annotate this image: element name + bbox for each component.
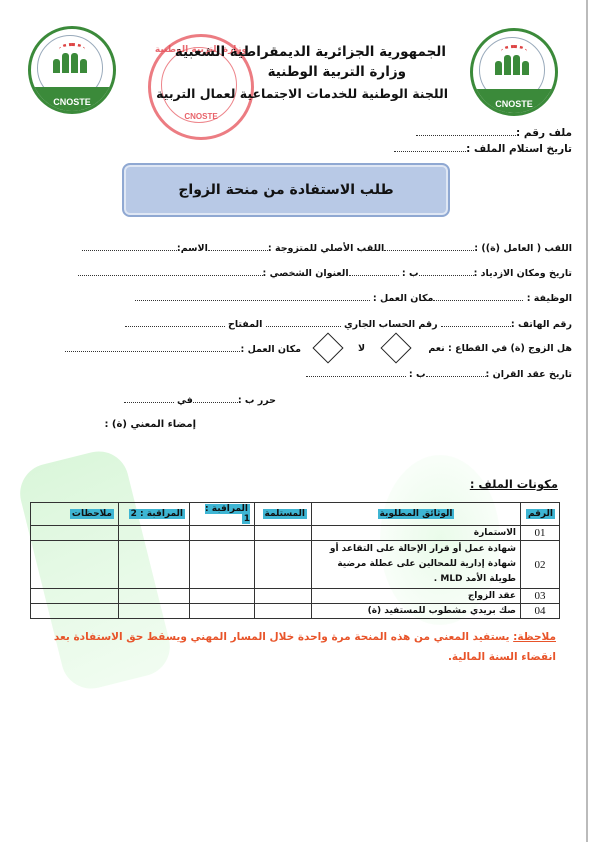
no-checkbox[interactable] <box>312 332 343 363</box>
col-notes: ملاحظات <box>31 503 119 526</box>
spouse-workplace-input[interactable] <box>65 343 240 352</box>
note-label: ملاحظة: <box>513 631 556 643</box>
yes-checkbox[interactable] <box>380 332 411 363</box>
note-text: يستفيد المعني من هذه المنحة مرة واحدة خل… <box>54 631 556 663</box>
check2-cell[interactable] <box>119 541 190 589</box>
header-republic: الجمهورية الجزائرية الديمقراطية الشعبية <box>175 44 446 60</box>
note-paragraph: ملاحظة: يستفيد المعني من هذه المنحة مرة … <box>36 627 556 667</box>
row-spouse-sector: هل الزوج (ة) في القطاع : نعم <box>428 343 572 354</box>
table-row: 03 عقد الزواج <box>31 589 560 604</box>
phone-input[interactable] <box>441 318 511 327</box>
birth-place-input[interactable] <box>349 267 399 276</box>
col-received: المستلمة <box>255 503 312 526</box>
row-phone: رقم الهاتف : رقم الحساب الجاري المفتاح <box>125 318 572 330</box>
check1-cell[interactable] <box>190 541 255 589</box>
col-documents: الوثائق المطلوبة <box>312 503 521 526</box>
maiden-name-input[interactable] <box>208 242 268 251</box>
check1-cell[interactable] <box>190 589 255 604</box>
written-date-input[interactable] <box>124 394 174 403</box>
notes-cell[interactable] <box>31 589 119 604</box>
marriage-place-input[interactable] <box>306 368 406 377</box>
row-job: الوظيفة : مكان العمل : <box>135 292 572 304</box>
received-cell[interactable] <box>255 541 312 589</box>
address-input[interactable] <box>78 267 263 276</box>
notes-cell[interactable] <box>31 526 119 541</box>
col-number: الرقم <box>521 503 560 526</box>
form-title-box: طلب الاستفادة من منحة الزواج <box>122 163 450 217</box>
notes-cell[interactable] <box>31 541 119 589</box>
receipt-date-field: تاريخ استلام الملف : <box>394 143 572 155</box>
col-check-2: المراقبة : 2 <box>119 503 190 526</box>
first-name-input[interactable] <box>82 242 177 251</box>
no-label: لا <box>358 343 365 354</box>
received-cell[interactable] <box>255 526 312 541</box>
check2-cell[interactable] <box>119 589 190 604</box>
form-title: طلب الاستفادة من منحة الزواج <box>178 182 393 198</box>
workplace-input[interactable] <box>135 292 370 301</box>
header-committee: اللجنة الوطنية للخدمات الاجتماعية لعمال … <box>156 86 448 101</box>
job-input[interactable] <box>433 292 523 301</box>
notes-cell[interactable] <box>31 604 119 619</box>
check1-cell[interactable] <box>190 526 255 541</box>
table-header-row: الرقم الوثائق المطلوبة المستلمة المراقبة… <box>31 503 560 526</box>
table-row: 04 صك بريدي مشطوب للمستفيد (ة) <box>31 604 560 619</box>
marriage-date-input[interactable] <box>426 368 486 377</box>
row-spouse-workplace: مكان العمل : <box>65 343 301 355</box>
written-at-input[interactable] <box>193 394 238 403</box>
account-input[interactable] <box>266 318 341 327</box>
cnoste-logo-right: CNOSTE <box>470 28 558 116</box>
check1-cell[interactable] <box>190 604 255 619</box>
row-names: اللقب ( العامل (ة)) :اللقب الأصلي للمتزو… <box>82 242 572 254</box>
documents-table: الرقم الوثائق المطلوبة المستلمة المراقبة… <box>30 502 560 619</box>
components-heading: مكونات الملف : <box>470 477 558 491</box>
file-number-field: ملف رقم : <box>416 127 572 139</box>
row-birth: تاريخ ومكان الازدياد :ب : العنوان الشخصي… <box>78 267 573 279</box>
table-row: 02 شهادة عمل أو قرار الإحالة على التقاعد… <box>31 541 560 589</box>
row-written-at: حرر ب :في <box>124 394 276 406</box>
received-cell[interactable] <box>255 604 312 619</box>
key-input[interactable] <box>125 318 225 327</box>
document-page: CNOSTE CNOSTE وزارة التربية الوطنية CNOS… <box>0 0 596 842</box>
table-row: 01 الاستمارة <box>31 526 560 541</box>
received-cell[interactable] <box>255 589 312 604</box>
check2-cell[interactable] <box>119 604 190 619</box>
header-ministry: وزارة التربية الوطنية <box>268 64 406 80</box>
cnoste-logo-left: CNOSTE <box>28 26 116 114</box>
birth-date-input[interactable] <box>419 267 474 276</box>
page-edge <box>586 0 588 842</box>
signature-field: إمضاء المعني (ة) : <box>104 419 196 430</box>
surname-input[interactable] <box>384 242 474 251</box>
check2-cell[interactable] <box>119 526 190 541</box>
col-check-1: المراقبة : 1 <box>190 503 255 526</box>
row-marriage-date: تاريخ عقد القران :ب : <box>306 368 572 380</box>
